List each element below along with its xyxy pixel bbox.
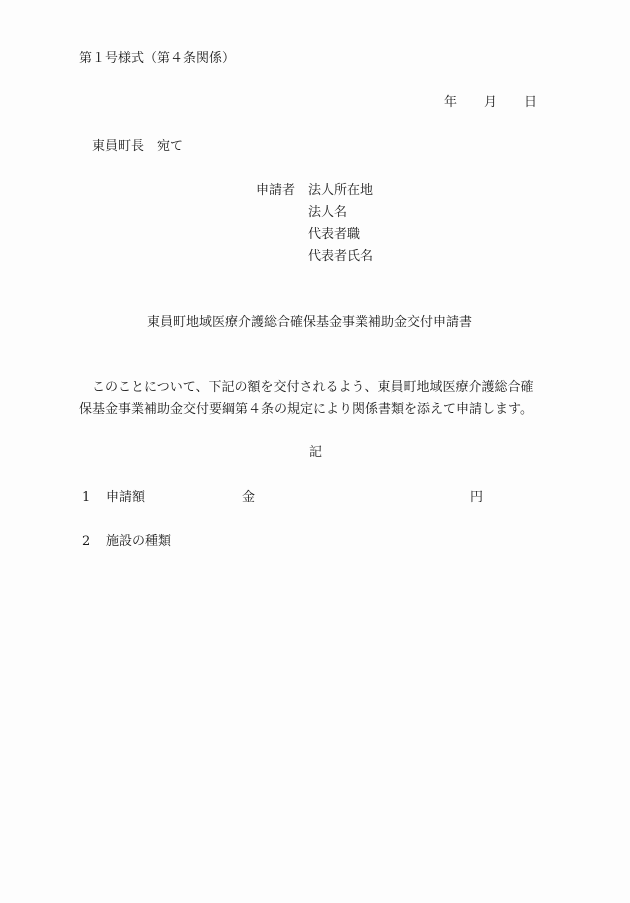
date-day: 日 bbox=[524, 96, 537, 109]
item-label: 施設の種類 bbox=[106, 535, 171, 548]
document-title: 東員町地域医療介護総合確保基金事業補助金交付申請書 bbox=[147, 316, 472, 329]
applicant-field-address: 法人所在地 bbox=[308, 184, 373, 197]
item-label: 申請額 bbox=[106, 491, 145, 504]
applicant-label: 申請者 bbox=[256, 184, 295, 197]
date-month: 月 bbox=[484, 96, 497, 109]
amount-suffix: 円 bbox=[470, 491, 483, 504]
form-number: 第１号様式（第４条関係） bbox=[79, 52, 235, 65]
applicant-field-rep-name: 代表者氏名 bbox=[308, 250, 373, 263]
date-year: 年 bbox=[444, 96, 457, 109]
body-line-2: 保基金事業補助金交付要綱第４条の規定により関係書類を添えて申請します。 bbox=[79, 403, 533, 416]
applicant-field-corp-name: 法人名 bbox=[308, 206, 347, 219]
amount-prefix: 金 bbox=[242, 491, 255, 504]
item-number: 1 bbox=[82, 491, 90, 504]
applicant-field-rep-title: 代表者職 bbox=[308, 228, 360, 241]
item-number: 2 bbox=[82, 535, 90, 548]
ki-heading: 記 bbox=[309, 446, 322, 459]
body-line-1: このことについて、下記の額を交付されるよう、東員町地域医療介護総合確 bbox=[92, 381, 533, 394]
addressee: 東員町長 宛て bbox=[92, 140, 183, 153]
